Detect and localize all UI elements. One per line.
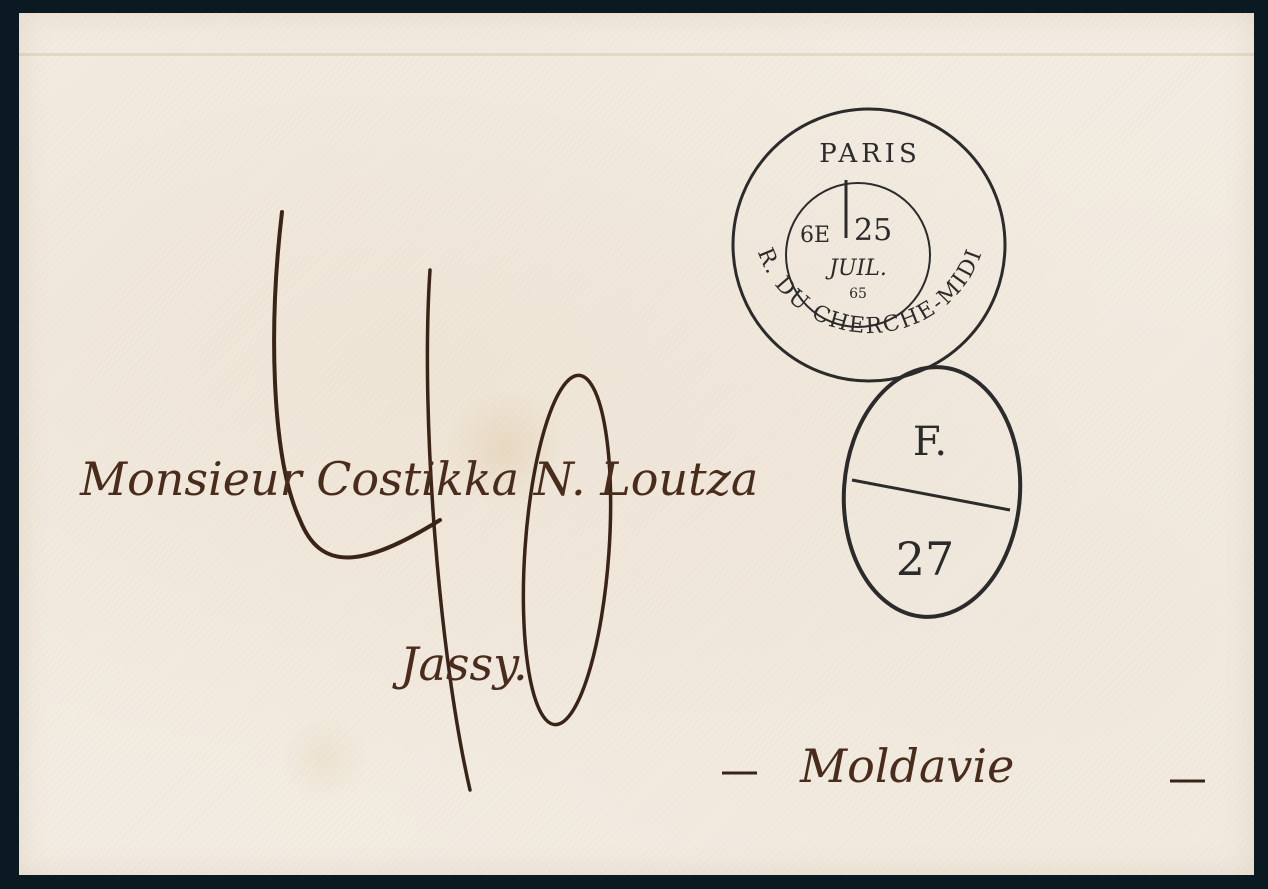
paris-datestamp: PARIS R. DU CHERCHE-MIDI 6E 25 JUIL. 65 xyxy=(733,109,1005,381)
cover-markings: PARIS R. DU CHERCHE-MIDI 6E 25 JUIL. 65 … xyxy=(0,0,1268,889)
address-line-2: Jassy. xyxy=(392,637,528,691)
oval-bottom: 27 xyxy=(896,532,955,586)
address-line-3: Moldavie xyxy=(799,739,1014,793)
oval-top: F. xyxy=(913,419,947,465)
postmark-day: 25 xyxy=(854,213,892,248)
postmark-month: JUIL. xyxy=(825,256,887,281)
oval-rate-mark: F. 27 xyxy=(835,361,1028,623)
postmark-year: 65 xyxy=(849,286,867,302)
address-line-1: Monsieur Costikka N. Loutza xyxy=(79,452,758,506)
postmark-sequence: 6E xyxy=(800,223,830,248)
postmark-city: PARIS xyxy=(819,139,921,169)
